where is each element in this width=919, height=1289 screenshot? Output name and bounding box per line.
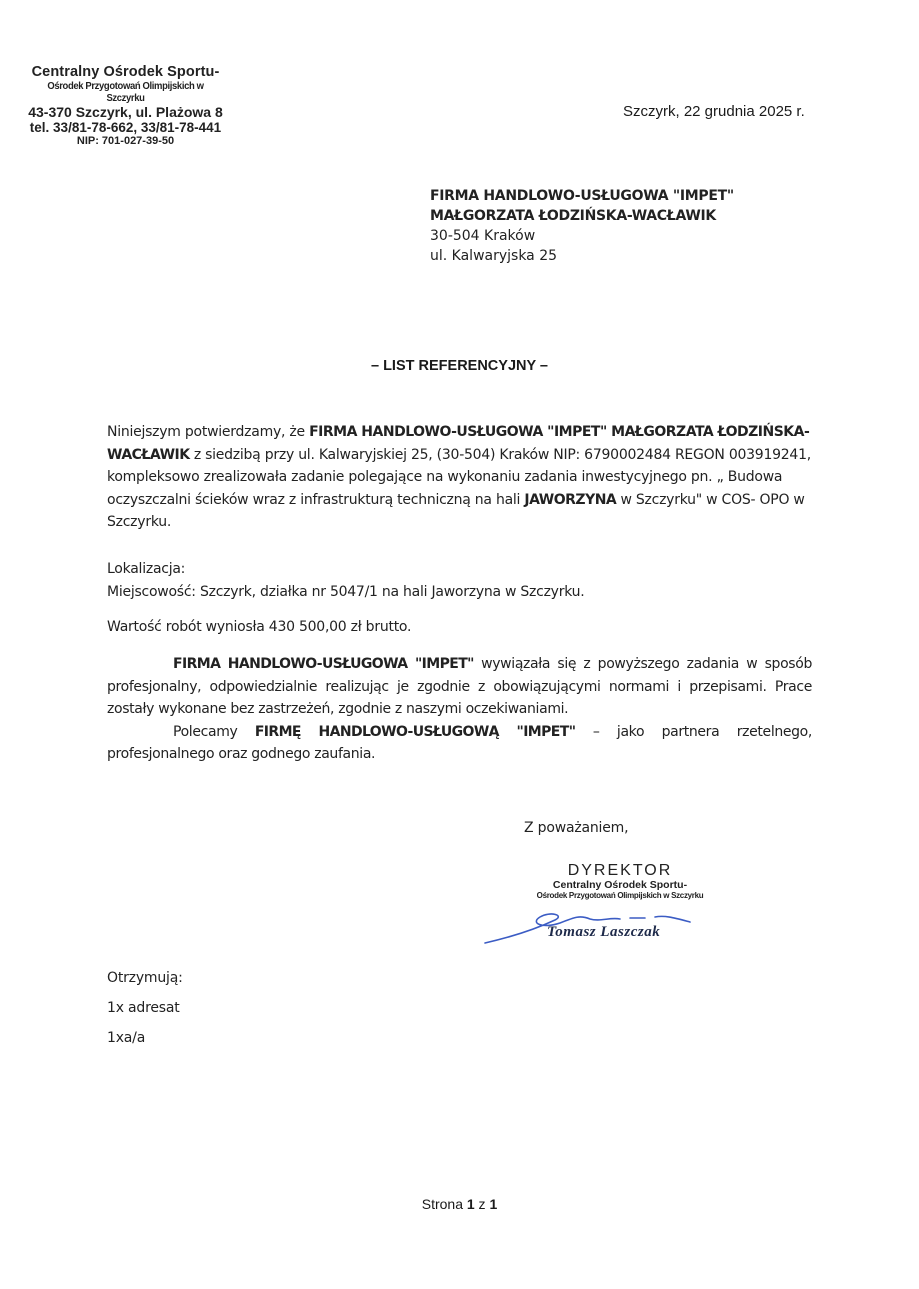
stamp-phone: tel. 33/81-78-662, 33/81-78-441 <box>18 120 233 135</box>
para2-company: FIRMA HANDLOWO-USŁUGOWA "IMPET" <box>173 656 474 672</box>
stamp-institution-sig: Centralny Ośrodek Sportu- <box>520 880 720 890</box>
recipient-name-line1: FIRMA HANDLOWO-USŁUGOWA "IMPET" <box>430 188 734 204</box>
para1-intro: Niniejszym potwierdzamy, że <box>107 424 309 440</box>
stamp-nip: NIP: 701-027-39-50 <box>18 135 233 147</box>
location-label: Lokalizacja: <box>107 558 584 581</box>
paragraph-confirmation: Niniejszym potwierdzamy, że FIRMA HANDLO… <box>107 421 817 534</box>
recipients-list: Otrzymują: 1x adresat 1xa/a <box>107 963 183 1053</box>
footer-page: 1 <box>467 1196 475 1212</box>
stamp-subtitle-sig: Ośrodek Przygotowań Olimpijskich w Szczy… <box>520 890 720 901</box>
paragraph-recommendation: FIRMA HANDLOWO-USŁUGOWA "IMPET" wywiązał… <box>107 653 812 766</box>
stamp-address: 43-370 Szczyrk, ul. Plażowa 8 <box>18 104 233 120</box>
director-title: DYREKTOR <box>520 862 720 880</box>
recipient-city: 30-504 Kraków <box>430 226 734 246</box>
place-value: Szczyrk, działka nr 5047/1 na hali Jawor… <box>196 584 585 600</box>
recipient-item: 1xa/a <box>107 1023 183 1053</box>
page-footer: Strona 1 z 1 <box>0 1196 919 1212</box>
para3-intro: Polecamy <box>173 724 255 740</box>
letter-date: Szczyrk, 22 grudnia 2025 r. <box>623 103 805 120</box>
footer-total: 1 <box>489 1196 497 1212</box>
document-title: – LIST REFERENCYJNY – <box>0 358 919 374</box>
sender-stamp: Centralny Ośrodek Sportu- Ośrodek Przygo… <box>18 64 233 147</box>
place-label: Miejscowość: <box>107 584 196 600</box>
signatory-name: Tomasz Laszczak <box>547 924 660 941</box>
para1-location: JAWORZYNA <box>524 492 616 508</box>
recipients-label: Otrzymują: <box>107 963 183 993</box>
signature-stamp: DYREKTOR Centralny Ośrodek Sportu- Ośrod… <box>520 862 720 901</box>
footer-prefix: Strona <box>422 1196 467 1212</box>
recipient-street: ul. Kalwaryjska 25 <box>430 246 734 266</box>
footer-sep: z <box>475 1196 490 1212</box>
recipient-name-line2: MAŁGORZATA ŁODZIŃSKA-WACŁAWIK <box>430 208 716 224</box>
location-block: Lokalizacja: Miejscowość: Szczyrk, dział… <box>107 558 584 603</box>
stamp-subtitle: Ośrodek Przygotowań Olimpijskich w Szczy… <box>29 80 223 104</box>
stamp-institution: Centralny Ośrodek Sportu- <box>18 64 233 80</box>
closing-salutation: Z poważaniem, <box>524 820 628 836</box>
recipient-address: FIRMA HANDLOWO-USŁUGOWA "IMPET" MAŁGORZA… <box>430 186 734 266</box>
works-value: Wartość robót wyniosła 430 500,00 zł bru… <box>107 619 411 635</box>
para3-company: FIRMĘ HANDLOWO-USŁUGOWĄ "IMPET" <box>255 724 576 740</box>
recipient-item: 1x adresat <box>107 993 183 1023</box>
